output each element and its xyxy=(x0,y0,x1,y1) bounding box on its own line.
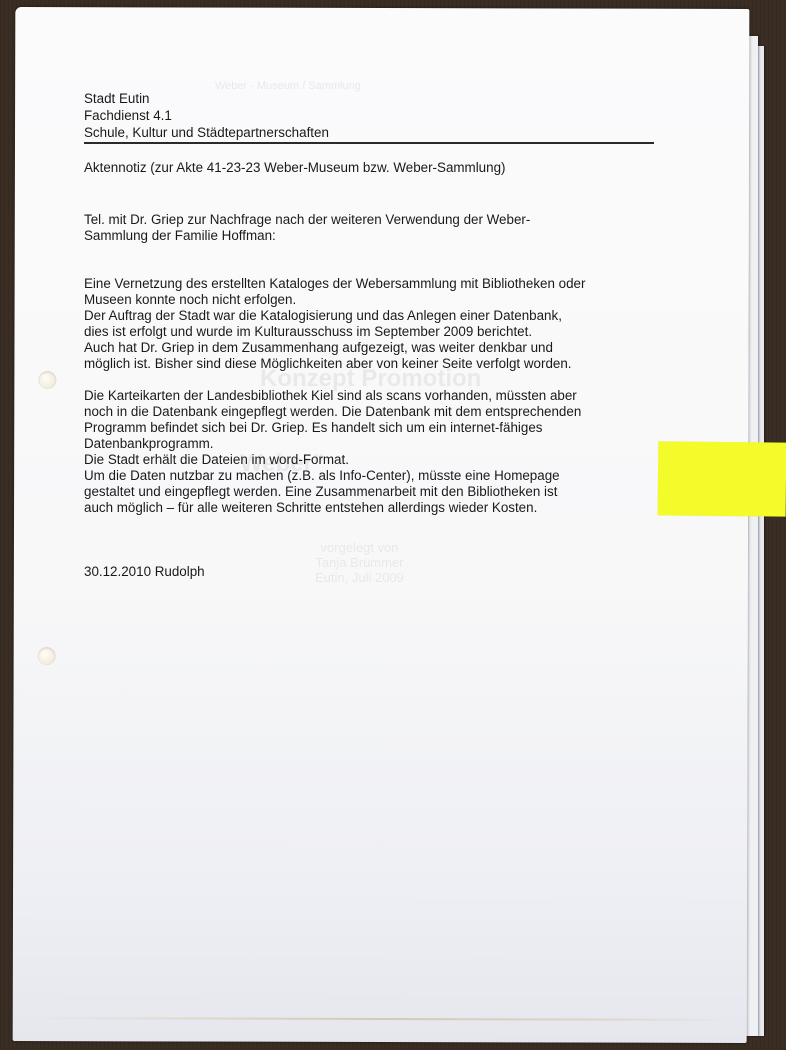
letterhead-department: Fachdienst 4.1 xyxy=(84,107,674,124)
punch-hole-icon xyxy=(38,371,56,389)
letterhead-city: Stadt Eutin xyxy=(84,90,674,107)
paragraph-2: Die Karteikarten der Landesbibliothek Ki… xyxy=(84,388,674,516)
page-edge-stain xyxy=(23,1017,737,1021)
header-rule xyxy=(84,142,654,144)
sticky-note-tab xyxy=(658,441,786,516)
memo-body: Stadt Eutin Fachdienst 4.1 Schule, Kultu… xyxy=(84,90,674,580)
memo-subject: Aktennotiz (zur Akte 41-23-23 Weber-Muse… xyxy=(84,160,674,176)
date-signature: 30.12.2010 Rudolph xyxy=(84,564,674,580)
paragraph-1: Eine Vernetzung des erstellten Kataloges… xyxy=(84,276,674,372)
letterhead: Stadt Eutin Fachdienst 4.1 Schule, Kultu… xyxy=(84,90,674,141)
memo-intro: Tel. mit Dr. Griep zur Nachfrage nach de… xyxy=(84,212,604,244)
punch-hole-icon xyxy=(38,647,56,665)
letterhead-division: Schule, Kultur und Städtepartnerschaften xyxy=(84,124,674,141)
